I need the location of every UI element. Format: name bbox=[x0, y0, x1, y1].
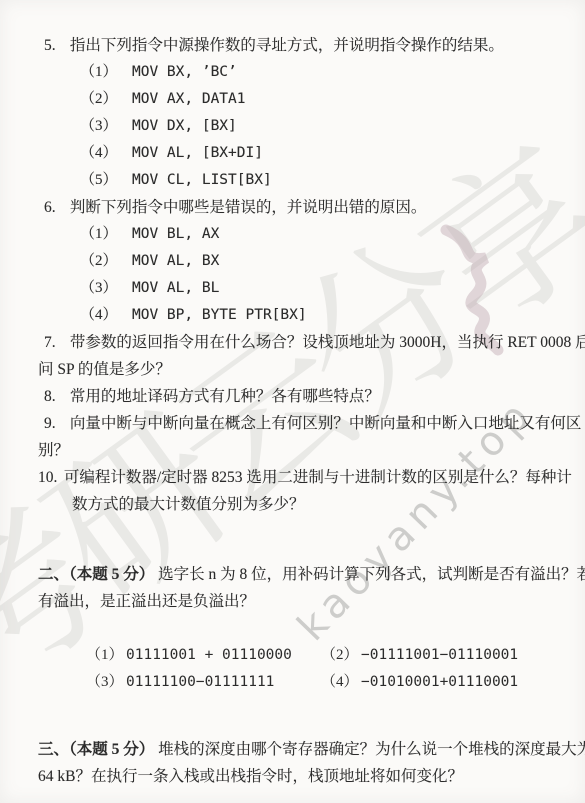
formula-gap bbox=[38, 615, 567, 642]
question-10-number: 10. bbox=[38, 464, 60, 491]
q6-item-3-number: （3） bbox=[80, 275, 132, 302]
scanned-exam-page: 考研云分享 kaoyany.top 5. 指出下列指令中源操作数的寻址方式，并说… bbox=[0, 0, 585, 803]
q5-item-4: （4）MOV AL, [BX+DI] bbox=[38, 140, 567, 167]
formula-1-number: （1） bbox=[86, 642, 126, 669]
formula-row-1: （1）01111001 + 01110000 （2）−01111001−0111… bbox=[38, 642, 567, 669]
formula-1-expression: 01111001 + 01110000 bbox=[126, 647, 292, 663]
section-two-heading: 二、（本题 5 分） bbox=[38, 566, 154, 583]
q5-item-2-code: MOV AX, DATA1 bbox=[132, 91, 246, 107]
q5-item-3: （3）MOV DX, [BX] bbox=[38, 113, 567, 140]
formula-row-2: （3）01111100−01111111 （4）−01010001+011100… bbox=[38, 669, 567, 696]
q6-item-2-code: MOV AL, BX bbox=[132, 253, 219, 269]
q5-item-2-number: （2） bbox=[80, 86, 132, 113]
question-6-number: 6. bbox=[44, 194, 66, 221]
question-10-line2: 数方式的最大计数值分别为多少？ bbox=[38, 491, 567, 518]
question-6-text: 判断下列指令中哪些是错误的，并说明出错的原因。 bbox=[70, 199, 427, 216]
q6-item-3: （3）MOV AL, BL bbox=[38, 275, 567, 302]
q5-item-1-code: MOV BX, ’BC’ bbox=[132, 64, 237, 80]
formula-2-expression: −01111001−01110001 bbox=[361, 647, 518, 663]
q6-item-1: （1）MOV BL, AX bbox=[38, 221, 567, 248]
section-gap bbox=[38, 518, 567, 561]
formula-1: （1）01111001 + 01110000 bbox=[86, 642, 321, 669]
question-9-number: 9. bbox=[44, 410, 66, 437]
exam-content: 5. 指出下列指令中源操作数的寻址方式，并说明指令操作的结果。 （1）MOV B… bbox=[0, 0, 585, 790]
formula-3: （3）01111100−01111111 bbox=[86, 669, 321, 696]
formula-4-expression: −01010001+01110001 bbox=[361, 674, 518, 690]
section-two-intro-text1: 选字长 n 为 8 位，用补码计算下列各式，试判断是否有溢出？若 bbox=[158, 566, 585, 583]
question-7-line2: 问 SP 的值是多少？ bbox=[38, 356, 567, 383]
q5-item-2: （2）MOV AX, DATA1 bbox=[38, 86, 567, 113]
question-7-text-line1: 带参数的返回指令用在什么场合？设栈顶地址为 3000H，当执行 RET 0008… bbox=[70, 334, 585, 351]
section-two-intro-line1: 二、（本题 5 分） 选字长 n 为 8 位，用补码计算下列各式，试判断是否有溢… bbox=[38, 561, 567, 588]
q5-item-4-number: （4） bbox=[80, 140, 132, 167]
formula-4: （4）−01010001+01110001 bbox=[321, 669, 518, 696]
question-5-number: 5. bbox=[44, 32, 66, 59]
q5-item-3-code: MOV DX, [BX] bbox=[132, 118, 237, 134]
section-two-intro-text2: 有溢出，是正溢出还是负溢出？ bbox=[38, 593, 255, 610]
q6-item-1-number: （1） bbox=[80, 221, 132, 248]
question-5: 5. 指出下列指令中源操作数的寻址方式，并说明指令操作的结果。 bbox=[38, 32, 567, 59]
question-10-text-line1: 可编程计数器/定时器 8253 选用二进制与十进制计数的区别是什么？每种计 bbox=[64, 469, 572, 486]
q5-item-4-code: MOV AL, [BX+DI] bbox=[132, 145, 263, 161]
question-7-number: 7. bbox=[44, 329, 66, 356]
question-7-line1: 7. 带参数的返回指令用在什么场合？设栈顶地址为 3000H，当执行 RET 0… bbox=[38, 329, 567, 356]
question-5-text: 指出下列指令中源操作数的寻址方式，并说明指令操作的结果。 bbox=[70, 37, 504, 54]
q6-item-2-number: （2） bbox=[80, 248, 132, 275]
question-8: 8. 常用的地址译码方式有几种？各有哪些特点？ bbox=[38, 383, 567, 410]
question-8-text: 常用的地址译码方式有几种？各有哪些特点？ bbox=[70, 388, 380, 405]
section-three-line1: 三、（本题 5 分） 堆栈的深度由哪个寄存器确定？为什么说一个堆栈的深度最大为 bbox=[38, 736, 567, 763]
q6-item-4-number: （4） bbox=[80, 302, 132, 329]
q6-item-1-code: MOV BL, AX bbox=[132, 226, 219, 242]
question-10-text-line2: 数方式的最大计数值分别为多少？ bbox=[72, 496, 305, 513]
question-10-line1: 10. 可编程计数器/定时器 8253 选用二进制与十进制计数的区别是什么？每种… bbox=[38, 464, 567, 491]
question-8-number: 8. bbox=[44, 383, 66, 410]
q5-item-5-code: MOV CL, LIST[BX] bbox=[132, 172, 272, 188]
q5-item-5-number: （5） bbox=[80, 167, 132, 194]
section-two-intro-line2: 有溢出，是正溢出还是负溢出？ bbox=[38, 588, 567, 615]
question-9-line1: 9. 向量中断与中断向量在概念上有何区别？中断向量和中断入口地址又有何区 bbox=[38, 410, 567, 437]
q5-item-3-number: （3） bbox=[80, 113, 132, 140]
formula-3-number: （3） bbox=[86, 669, 126, 696]
q6-item-3-code: MOV AL, BL bbox=[132, 280, 219, 296]
formula-2: （2）−01111001−01110001 bbox=[321, 642, 518, 669]
question-9-text-line1: 向量中断与中断向量在概念上有何区别？中断向量和中断入口地址又有何区 bbox=[70, 415, 582, 432]
q5-item-1-number: （1） bbox=[80, 59, 132, 86]
section-gap-2 bbox=[38, 696, 567, 736]
section-three-text2: 64 kB？在执行一条入栈或出栈指令时，栈顶地址将如何变化？ bbox=[38, 768, 463, 785]
formula-2-number: （2） bbox=[321, 642, 361, 669]
question-7-text-line2: 问 SP 的值是多少？ bbox=[38, 361, 171, 378]
q5-item-1: （1）MOV BX, ’BC’ bbox=[38, 59, 567, 86]
formula-3-expression: 01111100−01111111 bbox=[126, 674, 274, 690]
question-9-line2: 别？ bbox=[38, 437, 567, 464]
formula-4-number: （4） bbox=[321, 669, 361, 696]
q5-item-5: （5）MOV CL, LIST[BX] bbox=[38, 167, 567, 194]
question-9-text-line2: 别？ bbox=[38, 442, 69, 459]
section-three-line2: 64 kB？在执行一条入栈或出栈指令时，栈顶地址将如何变化？ bbox=[38, 763, 567, 790]
section-three-heading: 三、（本题 5 分） bbox=[38, 741, 154, 758]
question-6: 6. 判断下列指令中哪些是错误的，并说明出错的原因。 bbox=[38, 194, 567, 221]
q6-item-2: （2）MOV AL, BX bbox=[38, 248, 567, 275]
q6-item-4: （4）MOV BP, BYTE PTR[BX] bbox=[38, 302, 567, 329]
q6-item-4-code: MOV BP, BYTE PTR[BX] bbox=[132, 307, 307, 323]
section-three-text1: 堆栈的深度由哪个寄存器确定？为什么说一个堆栈的深度最大为 bbox=[158, 741, 585, 758]
